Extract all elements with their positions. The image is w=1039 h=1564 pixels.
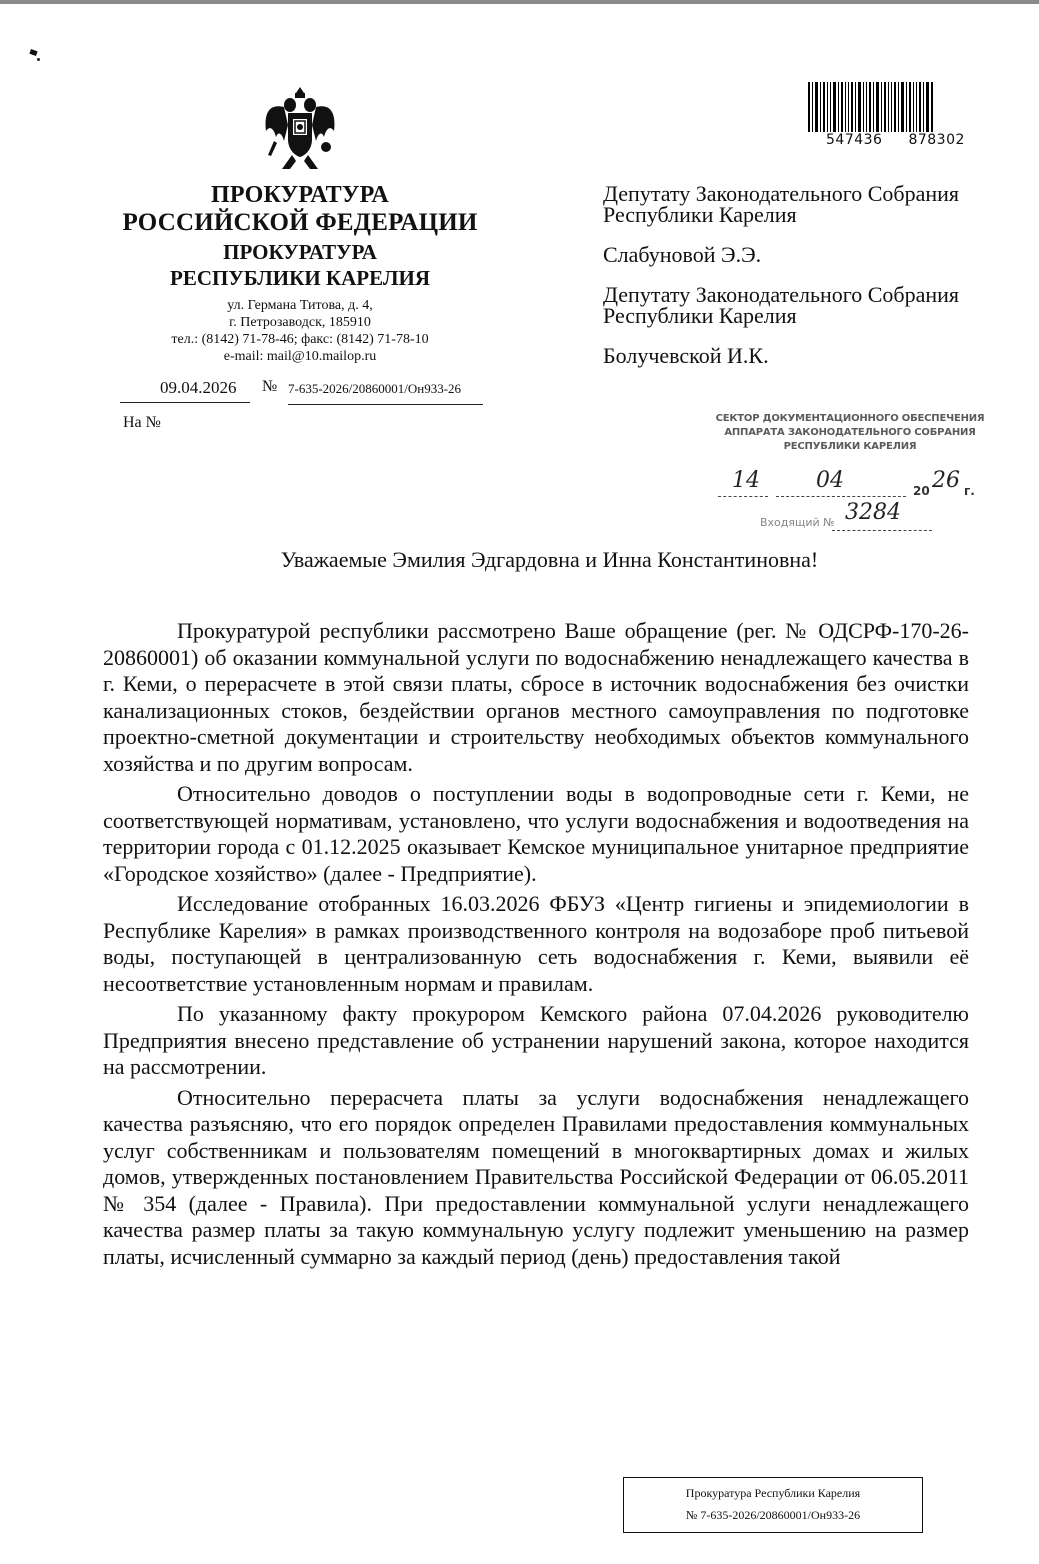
divider <box>288 404 483 405</box>
org-name: РОССИЙСКОЙ ФЕДЕРАЦИИ <box>110 209 490 237</box>
stamp-incoming-number: 3284 <box>845 500 901 525</box>
scan-top-edge <box>0 0 1039 4</box>
letterhead: ПРОКУРАТУРА РОССИЙСКОЙ ФЕДЕРАЦИИ ПРОКУРА… <box>110 85 490 365</box>
coat-of-arms-icon <box>262 85 338 177</box>
paragraph: По указанному факту прокурором Кемского … <box>103 1001 969 1081</box>
registration-line: 09.04.2026 № 7-635-2026/20860001/Он933-2… <box>120 378 500 402</box>
registration-date: 09.04.2026 <box>160 378 237 398</box>
footer-registration-box: Прокуратура Республики Карелия № 7-635-2… <box>623 1477 923 1533</box>
stamp-incoming-label: Входящий № <box>760 516 835 529</box>
barcode-left-digits: 547436 <box>826 132 882 148</box>
number-sign: № <box>262 378 277 396</box>
scan-artifact <box>29 49 37 56</box>
addressee-title: Депутату Законодательного Собрания Респу… <box>603 284 1003 326</box>
stamp-year-suffix: 26 <box>932 468 960 493</box>
barcode <box>808 82 968 132</box>
divider <box>120 402 250 403</box>
incoming-stamp: СЕКТОР ДОКУМЕНТАЦИОННОГО ОБЕСПЕЧЕНИЯ АПП… <box>700 412 1000 534</box>
addressee-title: Депутату Законодательного Собрания Респу… <box>603 183 1003 225</box>
letter-body: Прокуратурой республики рассмотрено Ваше… <box>103 618 969 1274</box>
sub-org-name: РЕСПУБЛИКИ КАРЕЛИЯ <box>110 265 490 291</box>
barcode-digits: 547436878302 <box>826 132 991 148</box>
registration-number: 7-635-2026/20860001/Он933-26 <box>288 381 461 397</box>
paragraph: Прокуратурой республики рассмотрено Ваше… <box>103 618 969 777</box>
org-name: ПРОКУРАТУРА <box>110 181 490 209</box>
address-city: г. Петрозаводск, 185910 <box>110 314 490 331</box>
paragraph: Исследование отобранных 16.03.2026 ФБУЗ … <box>103 891 969 997</box>
footer-number: № 7-635-2026/20860001/Он933-26 <box>624 1504 922 1526</box>
address-street: ул. Германа Титова, д. 4, <box>110 297 490 314</box>
paragraph: Относительно доводов о поступлении воды … <box>103 781 969 887</box>
scan-artifact <box>37 58 40 61</box>
stamp-date: 14 04 20 26 г. <box>700 466 1000 502</box>
addressee-block: Депутату Законодательного Собрания Респу… <box>603 183 1003 385</box>
addressee-name: Болучевской И.К. <box>603 345 1003 366</box>
email: e-mail: mail@10.mailop.ru <box>110 348 490 365</box>
footer-org: Прокуратура Республики Карелия <box>624 1482 922 1504</box>
stamp-org-line: РЕСПУБЛИКИ КАРЕЛИЯ <box>700 440 1000 454</box>
stamp-year-prefix: 20 <box>913 484 930 498</box>
stamp-org-line: АППАРАТА ЗАКОНОДАТЕЛЬНОГО СОБРАНИЯ <box>700 426 1000 440</box>
addressee-name: Слабуновой Э.Э. <box>603 244 1003 265</box>
stamp-year-mark: г. <box>964 484 975 498</box>
phone-fax: тел.: (8142) 71-78-46; факс: (8142) 71-7… <box>110 331 490 348</box>
reply-to-number: На № <box>123 414 161 432</box>
greeting: Уважаемые Эмилия Эдгардовна и Инна Конст… <box>0 547 1039 573</box>
sub-org-name: ПРОКУРАТУРА <box>110 239 490 265</box>
barcode-right-digits: 878302 <box>908 132 964 148</box>
stamp-day: 14 <box>732 468 760 493</box>
stamp-incoming: Входящий № 3284 <box>700 502 1000 534</box>
stamp-month: 04 <box>816 468 844 493</box>
paragraph: Относительно перерасчета платы за услуги… <box>103 1085 969 1271</box>
stamp-org-line: СЕКТОР ДОКУМЕНТАЦИОННОГО ОБЕСПЕЧЕНИЯ <box>700 412 1000 426</box>
